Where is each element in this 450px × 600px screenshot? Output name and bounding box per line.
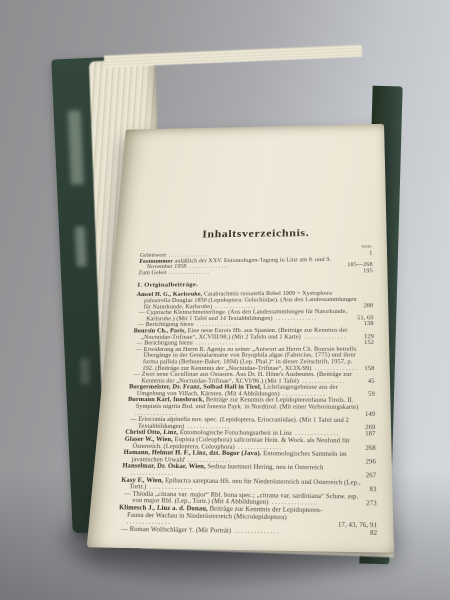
entry-title-text: Roman Wolfschläger †. (Mit Porträt) (129, 526, 231, 534)
entry-author: Boursin Ch., Paris, (133, 328, 186, 334)
entry-page-number: 195 (361, 268, 373, 274)
entry-author: Kasy F., Wien, (121, 477, 164, 484)
entry-text: Zum Geleit (138, 268, 359, 276)
entry-title-text: Epibactra sareptana HS. neu für Niederös… (129, 477, 361, 490)
entry-author: Hanselmar, Dr. Oskar, Wien, (122, 463, 206, 470)
entry-author: Burgermeister, Dr. Franz, Solbad Hall in… (129, 384, 262, 390)
entry-author: Christl Otto, Linz, (125, 430, 178, 436)
entry-page-number: 149 (363, 411, 375, 418)
entry-page-number: 138 (362, 321, 374, 327)
entry-title-text: Erwiderung an Herrn R. Agenjo zu seiner … (142, 346, 356, 371)
entry-text: Klimesch J., Linz a. d. Donau, Beiträge … (118, 505, 334, 530)
photo-background: Inhaltsverzeichnis. Seite Geleitwort 1 F… (0, 0, 450, 600)
section-heading: I. Originalbeiträge. (137, 280, 373, 289)
entry-title-text: Geleitwort (140, 253, 167, 259)
spine-marking (68, 110, 84, 185)
toc-entry: Boursin Ch., Paris, Eine neue Eurois Hb.… (133, 327, 374, 340)
entry-text: — Zwei neue Cucullinae aus Ostasien. Aus… (129, 372, 364, 385)
entry-title-text: Berichtigung hiezu (144, 340, 193, 346)
toc-entry: Zum Geleit 195 (138, 268, 373, 276)
entry-title-text: Zwei neue Cucullinae aus Ostasien. Aus D… (141, 372, 352, 384)
entry-title-text: Thiodia „citrana var. major“ Rbl. bona s… (132, 491, 359, 506)
book-page: Inhaltsverzeichnis. Seite Geleitwort 1 F… (87, 124, 394, 553)
entry-page-number: 267 (364, 473, 377, 480)
toc-entries: Amsel H. G., Karlsruhe, Catabrachmia rus… (117, 291, 377, 538)
entry-title-text: Eriocrania alpinella nov. spec. (Lepidop… (138, 417, 349, 430)
page-title: Inhaltsverzeichnis. (141, 226, 372, 240)
toc-front-matter: Geleitwort 1 Festnummer anläßlich der XX… (138, 251, 373, 277)
entry-title-text: Zum Geleit (138, 270, 167, 276)
entry-page-number: 82 (368, 530, 377, 537)
entry-author: Glaser W., Wien, (124, 436, 173, 443)
entry-page-number: 152 (362, 340, 374, 346)
toc-entry: Amsel H. G., Karlsruhe, Catabrachmia rus… (135, 291, 373, 311)
entry-text: Boursin Ch., Paris, Eine neue Eurois Hb.… (133, 328, 360, 341)
entry-page-number: 45 (366, 378, 375, 385)
entry-page-number: 273 (364, 501, 377, 508)
toc-entry: Burmann Karl, Innsbruck, Beiträge zur Ke… (127, 397, 376, 418)
entry-page-number: 158 (362, 365, 374, 371)
entry-page-number: 187 (363, 431, 375, 438)
entry-text: Amsel H. G., Karlsruhe, Catabrachmia rus… (135, 291, 360, 310)
entry-text: — Erwiderung an Herrn R. Agenjo zu seine… (130, 346, 360, 372)
top-page-edges (104, 45, 362, 68)
entry-text: — Cyprische Kleinschmetterlinge. (Aus de… (134, 309, 353, 322)
entry-title-text: Cyprische Kleinschmetterlinge. (Aus den … (146, 309, 347, 322)
spine-marking (80, 358, 90, 384)
entry-author: Festnummer (139, 258, 173, 264)
entry-title-text: Berichtigung hiezu (145, 322, 194, 328)
entry-author: Burmann Karl, Innsbruck, (128, 397, 205, 403)
entry-page-number: 288 (362, 303, 374, 309)
toc-entry: — Zwei neue Cucullinae aus Ostasien. Aus… (129, 372, 374, 385)
entry-page-number: 59 (366, 391, 375, 398)
toc-entry: Burgermeister, Dr. Franz, Solbad Hall in… (128, 384, 375, 398)
toc-content: Inhaltsverzeichnis. Seite Geleitwort 1 F… (117, 226, 377, 537)
entry-text: Burgermeister, Dr. Franz, Solbad Hall in… (128, 384, 364, 398)
entry-page-number: 296 (364, 459, 376, 466)
entry-page-number: 83 (367, 487, 376, 494)
entry-text: Burmann Karl, Innsbruck, Beiträge zur Ke… (127, 397, 362, 418)
entry-page-number: 1 (367, 251, 372, 257)
spine-marking (75, 226, 87, 266)
toc-entry: — Erwiderung an Herrn R. Agenjo zu seine… (130, 346, 374, 372)
toc-entry: — Cyprische Kleinschmetterlinge. (Aus de… (134, 309, 373, 322)
entry-title-text: Sedina buettneri Hering, neu in Österrei… (206, 464, 324, 472)
entry-page-number: 268 (363, 445, 375, 452)
